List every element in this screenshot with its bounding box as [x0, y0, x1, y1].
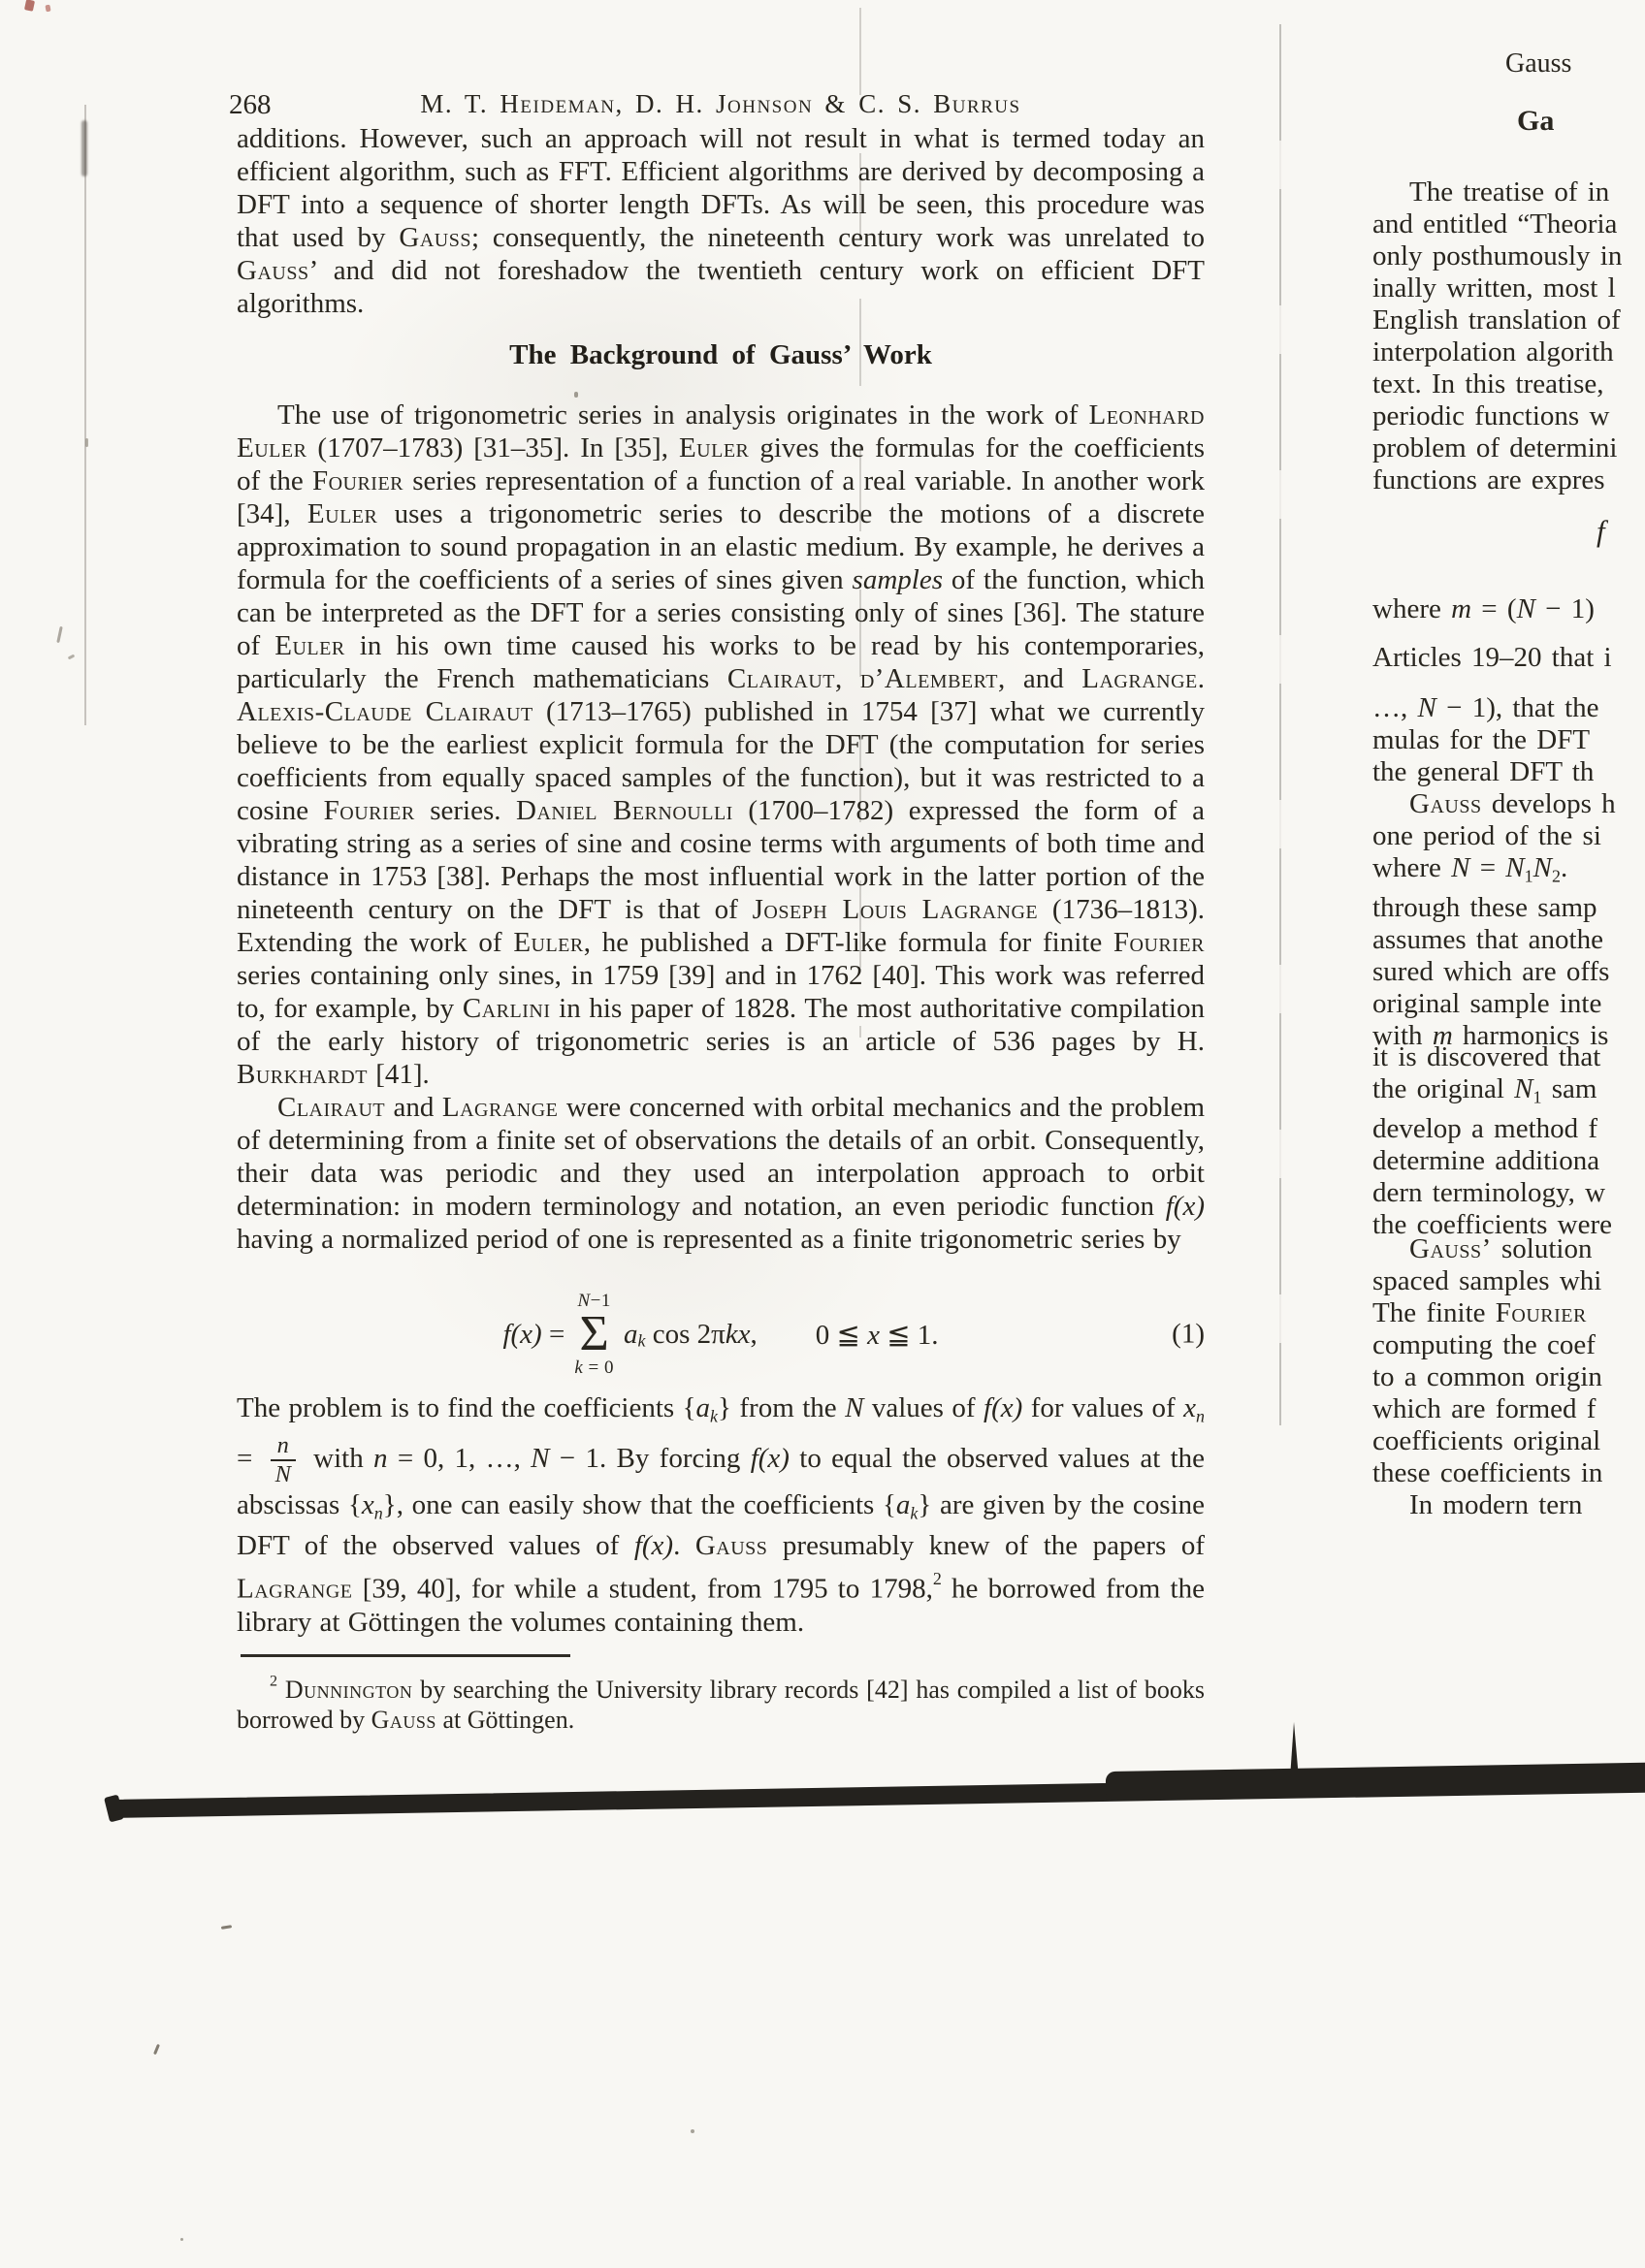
right-page-block-modern: In modern tern [1372, 1489, 1645, 1521]
right-page-line: only posthumously in [1372, 240, 1645, 272]
right-page-line: In modern tern [1372, 1489, 1645, 1521]
right-page-line: Gauss’ solution [1372, 1233, 1645, 1265]
right-page-line: one period of the si [1372, 820, 1645, 852]
scanned-paper-page: { "left_page": { "page_number": "268", "… [0, 0, 1645, 2268]
right-page-line: functions are expres [1372, 464, 1645, 496]
right-page-line: The treatise of in [1372, 176, 1645, 208]
right-page-line: Articles 19–20 that i [1372, 642, 1645, 674]
right-page-line: the general DFT th [1372, 756, 1645, 788]
equation-condition: 0 ≦ x ≦ 1. [816, 1318, 939, 1352]
right-page-line: the original N1 sam [1372, 1073, 1645, 1113]
pencil-mark [221, 1925, 232, 1930]
right-page-line: The finite Fourier [1372, 1297, 1645, 1329]
right-page-block-body2: it is discovered thatthe original N1 sam… [1372, 1041, 1645, 1241]
footnote: 2 Dunnington by searching the University… [237, 1667, 1205, 1735]
sum-lower-limit: k = 0 [574, 1358, 614, 1379]
equation-number: (1) [1172, 1319, 1205, 1351]
right-page-line: text. In this treatise, [1372, 368, 1645, 400]
binding-edge-smudge [81, 120, 87, 176]
right-page-line: dern terminology, w [1372, 1177, 1645, 1209]
right-page-line: where N = N1N2. [1372, 852, 1645, 892]
footnote-rule [241, 1654, 570, 1657]
equation-body: f(x) = N−1 Σ k = 0 ak cos 2πkx, 0 ≦ x ≦ … [502, 1291, 938, 1378]
right-page-line: problem of determini [1372, 432, 1645, 464]
equation-term: ak cos 2πkx, [624, 1319, 758, 1351]
margin-mark [56, 626, 62, 643]
right-page-line: interpolation algorith [1372, 336, 1645, 368]
right-page-block-body1: …, N − 1), that themulas for the DFTthe … [1372, 692, 1645, 1052]
right-page-equation-fragment: f [1597, 514, 1605, 549]
speck [180, 2238, 183, 2241]
running-head: M. T. Heideman, D. H. Johnson & C. S. Bu… [237, 89, 1205, 119]
right-page-line: through these samp [1372, 892, 1645, 924]
right-page-line: English translation of [1372, 304, 1645, 336]
summation: N−1 Σ k = 0 [574, 1291, 614, 1378]
right-page-line: coefficients original [1372, 1425, 1645, 1457]
paragraph-1: additions. However, such an approach wil… [237, 122, 1205, 320]
right-page-block-solution: Gauss’ solutionspaced samples whiThe fin… [1372, 1233, 1645, 1489]
right-page-line: to a common origin [1372, 1361, 1645, 1393]
margin-mark [68, 655, 76, 660]
right-page-line: determine additiona [1372, 1145, 1645, 1177]
right-page-line: sured which are offs [1372, 956, 1645, 988]
right-page-line: develop a method f [1372, 1113, 1645, 1145]
right-page-line: which are formed f [1372, 1393, 1645, 1425]
red-ink-mark [24, 0, 35, 12]
section-heading: The Background of Gauss’ Work [237, 339, 1205, 371]
paragraph-3: Clairaut and Lagrange were concerned wit… [237, 1091, 1205, 1256]
right-page-line: inally written, most l [1372, 272, 1645, 304]
right-page-line: …, N − 1), that the [1372, 692, 1645, 724]
right-page-running-head: Gauss [1505, 48, 1571, 80]
right-page-line: and entitled “Theoria [1372, 208, 1645, 240]
right-page-line: Gauss develops h [1372, 788, 1645, 820]
right-page-line: mulas for the DFT [1372, 724, 1645, 756]
right-page-block-intro: The treatise of inand entitled “Theoriao… [1372, 176, 1645, 496]
paragraph-2: The use of trigonometric series in analy… [237, 399, 1205, 1091]
right-page-line: computing the coef [1372, 1329, 1645, 1361]
right-page-block-articles: Articles 19–20 that i [1372, 642, 1645, 674]
red-ink-mark [45, 5, 50, 13]
equation-1: f(x) = N−1 Σ k = 0 ak cos 2πkx, 0 ≦ x ≦ … [237, 1291, 1205, 1378]
ink-smudge [574, 392, 578, 398]
right-page-block-where: where m = (N − 1) [1372, 593, 1645, 625]
right-page-line: these coefficients in [1372, 1457, 1645, 1489]
right-page-line: assumes that anothe [1372, 924, 1645, 956]
right-page-line: spaced samples whi [1372, 1265, 1645, 1297]
right-page-title-fragment: Ga [1517, 105, 1554, 138]
footnote-text: 2 Dunnington by searching the University… [237, 1676, 1205, 1734]
right-page-line: original sample inte [1372, 988, 1645, 1020]
speck [691, 2129, 694, 2133]
right-page-line: periodic functions w [1372, 400, 1645, 432]
binding-edge-line [84, 105, 86, 725]
speck [153, 2044, 160, 2055]
left-page: 268 M. T. Heideman, D. H. Johnson & C. S… [237, 89, 1205, 1735]
page-header: 268 M. T. Heideman, D. H. Johnson & C. S… [237, 89, 1205, 122]
margin-mark [85, 438, 88, 447]
page-gutter-line [1279, 24, 1281, 1425]
paragraph-4: The problem is to find the coefficients … [237, 1391, 1205, 1638]
right-page-line: it is discovered that [1372, 1041, 1645, 1073]
sigma-symbol: Σ [580, 1312, 609, 1358]
right-page-line: where m = (N − 1) [1372, 593, 1645, 625]
page-number: 268 [229, 89, 272, 121]
equation-lhs: f(x) = [502, 1319, 564, 1351]
